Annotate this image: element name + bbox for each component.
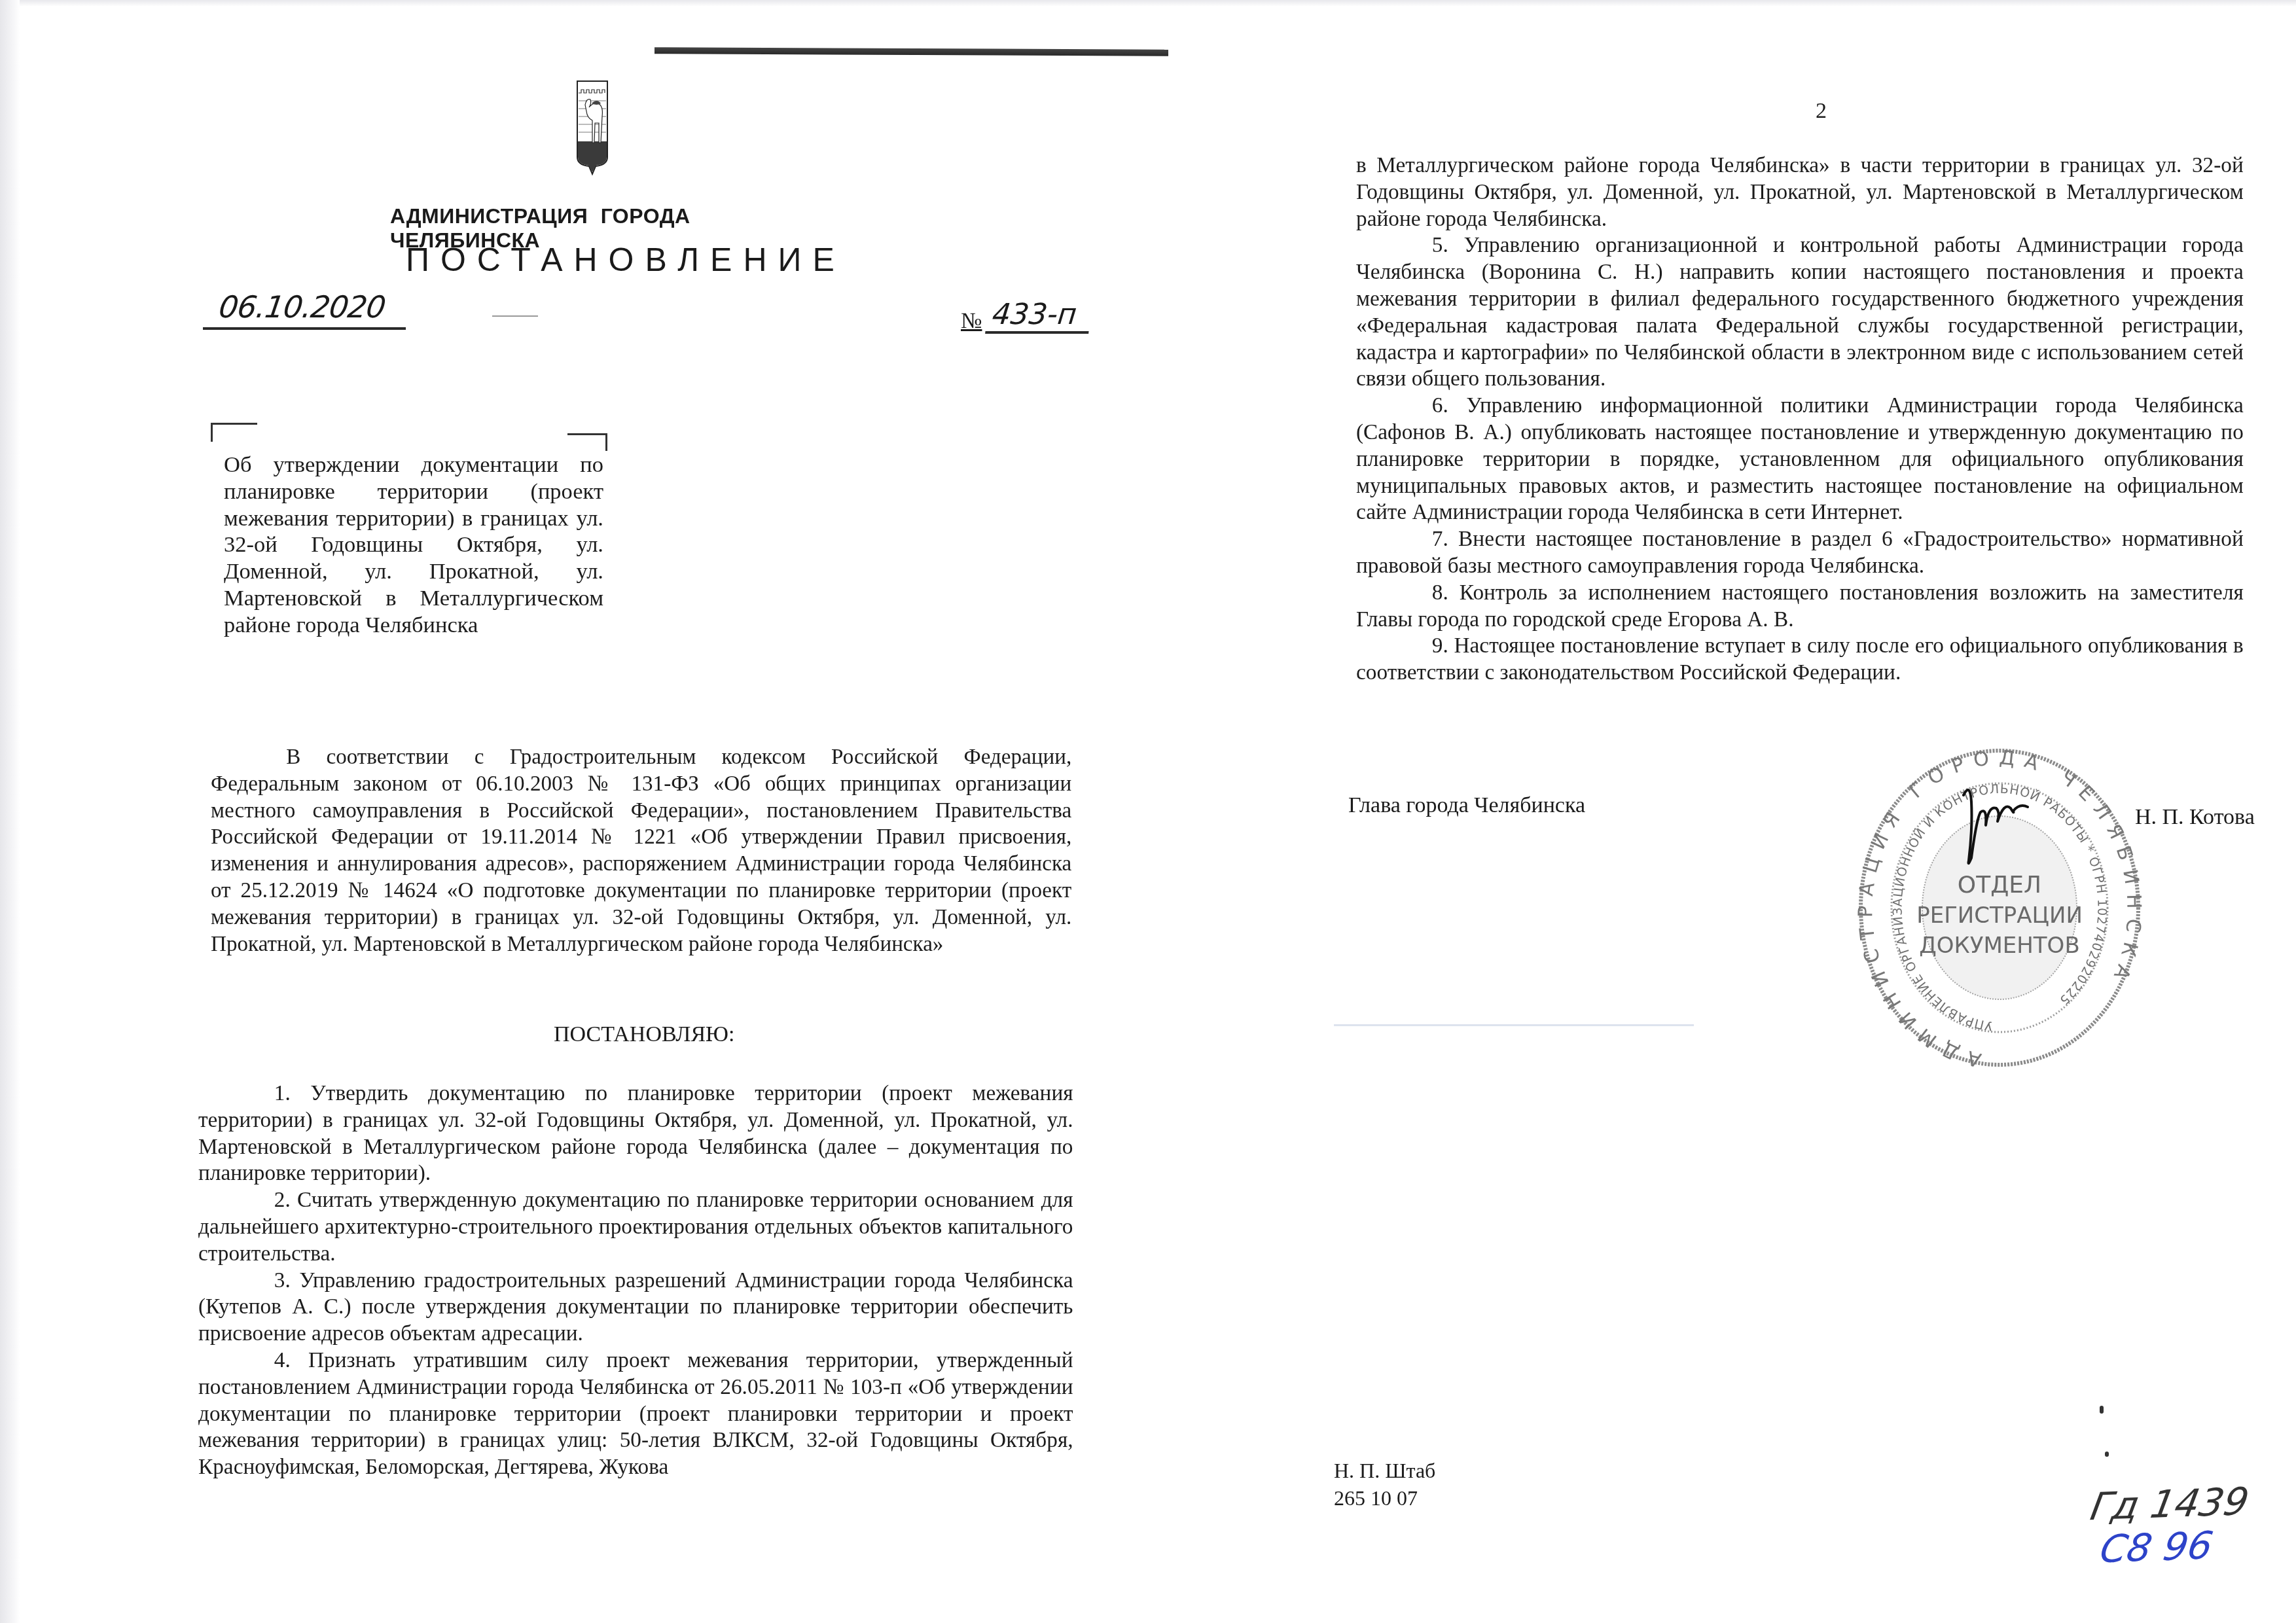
document-date: 06.10.2020 <box>217 289 387 325</box>
ink-mark <box>2100 1406 2104 1414</box>
document-subject: Об утверждении документации по планировк… <box>224 452 603 639</box>
decree-items-page-1: 1. Утвердить документацию по планировке … <box>198 1080 1073 1480</box>
decree-items-page-2: в Металлургическом районе города Челябин… <box>1356 152 2244 686</box>
executor-name: Н. П. Штаб <box>1334 1457 1435 1484</box>
stamp-center-line-3: ДОКУМЕНТОВ <box>1919 933 2079 959</box>
decree-item-6: 6. Управлению информационной политики Ад… <box>1356 392 2244 526</box>
signatory-name: Н. П. Котова <box>2135 805 2255 830</box>
decree-heading: ПОСТАНОВЛЯЮ: <box>554 1022 734 1047</box>
handwritten-note-1: Гд 1439 <box>2087 1479 2252 1529</box>
decree-item-2: 2. Считать утвержденную документацию по … <box>198 1186 1073 1266</box>
page-number: 2 <box>1816 98 1827 125</box>
document-number: 433-п <box>986 298 1093 334</box>
executor-info: Н. П. Штаб 265 10 07 <box>1334 1457 1435 1512</box>
ink-mark <box>2105 1452 2109 1457</box>
stamp-center-line-1: ОТДЕЛ <box>1958 872 2041 899</box>
decree-item-8: 8. Контроль за исполнением настоящего по… <box>1356 579 2244 633</box>
subject-bracket-left <box>211 423 257 442</box>
signatory-title: Глава города Челябинска <box>1348 793 1585 818</box>
decree-item-1: 1. Утвердить документацию по планировке … <box>198 1080 1073 1186</box>
handwritten-note-2: С8 96 <box>2097 1523 2245 1571</box>
document-number-field: №433-п <box>961 298 1090 334</box>
chelyabinsk-coat-of-arms-icon <box>576 79 609 177</box>
handwritten-signature-icon <box>1949 769 2054 874</box>
document-date-field: 06.10.2020 <box>203 291 406 330</box>
decree-item-5: 5. Управлению организационной и контроль… <box>1356 232 2244 392</box>
divider-dash <box>492 315 538 317</box>
subject-bracket-right <box>567 433 607 451</box>
stamp-center-line-2: РЕГИСТРАЦИИ <box>1916 902 2083 929</box>
decree-item-9: 9. Настоящее постановление вступает в си… <box>1356 632 2244 686</box>
number-label: № <box>961 309 982 334</box>
decree-item-3: 3. Управлению градостроительных разрешен… <box>198 1267 1073 1347</box>
scan-artifact-rule <box>1334 1024 1694 1026</box>
preamble-paragraph: В соответствии с Градостроительным кодек… <box>211 743 1071 957</box>
preamble-text: В соответствии с Градостроительным кодек… <box>211 743 1071 957</box>
decree-item-4-continuation: в Металлургическом районе города Челябин… <box>1356 152 2244 232</box>
document-type-title: ПОСТАНОВЛЕНИЕ <box>406 241 846 279</box>
decree-item-7: 7. Внести настоящее постановление в разд… <box>1356 526 2244 579</box>
executor-phone: 265 10 07 <box>1334 1484 1435 1512</box>
handwritten-registration-note: Гд 1439 С8 96 <box>2079 1480 2252 1571</box>
decree-item-4: 4. Признать утратившим силу проект межев… <box>198 1347 1073 1480</box>
